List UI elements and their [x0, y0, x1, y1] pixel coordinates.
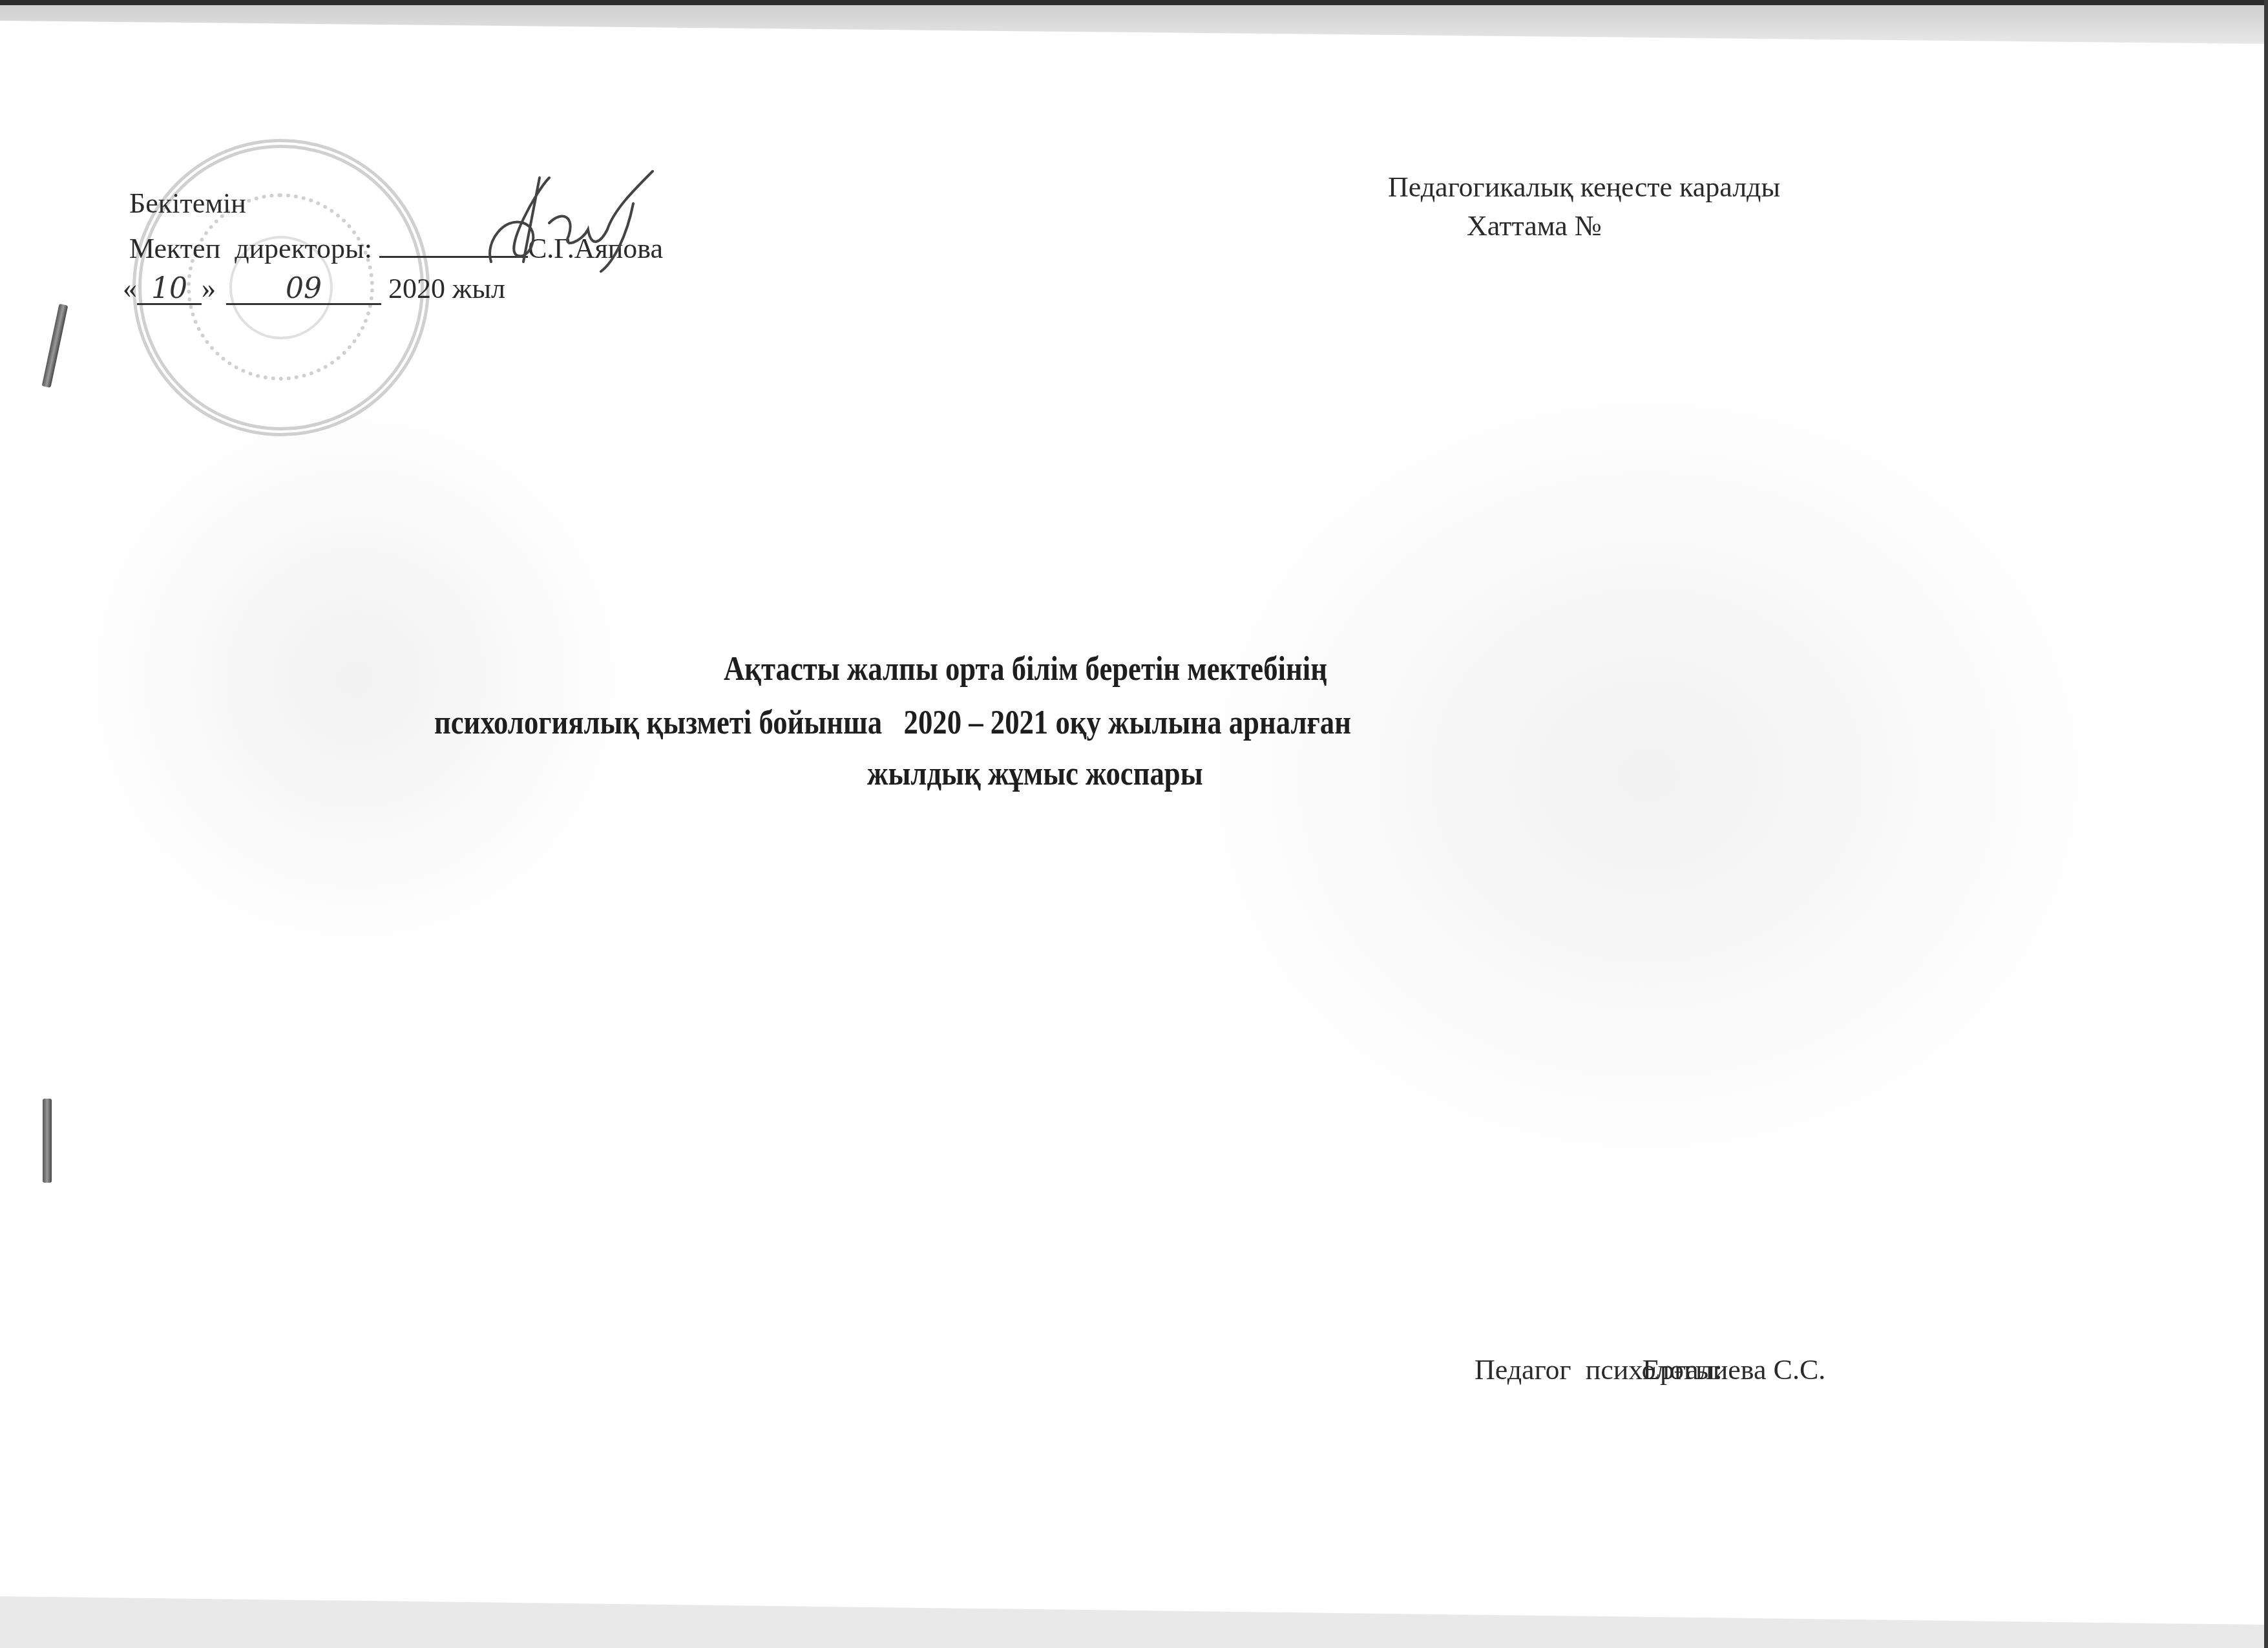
scan-smudge — [1163, 355, 2132, 1196]
scan-smudge — [65, 388, 646, 969]
quote-close: » — [202, 273, 216, 304]
psychologist-name: Ерғалиева С.С. — [1643, 1356, 1825, 1384]
scan-right-border — [2264, 0, 2268, 1648]
date-month: 09 — [226, 275, 381, 305]
scan-top-border — [0, 0, 2268, 5]
scan-top-shadow — [0, 5, 2268, 44]
staple-mark — [43, 1099, 52, 1183]
scan-bottom-shadow — [0, 1596, 2268, 1648]
approval-date: «10»09 2020 жыл — [123, 275, 505, 305]
document-title-line-1: Ақтасты жалпы орта білім беретін мектебі… — [724, 653, 1327, 686]
date-day: 10 — [137, 275, 202, 305]
quote-open: « — [123, 273, 137, 304]
date-year: 2020 жыл — [388, 273, 505, 304]
document-title-line-2: психологиялық қызметі бойынша 2020 – 202… — [434, 706, 1351, 740]
director-label: Мектеп директоры: — [129, 233, 372, 264]
staple-mark — [42, 304, 68, 388]
director-signature — [478, 165, 659, 275]
council-reviewed: Педагогикалық кеңесте каралды — [1388, 173, 1780, 202]
document-title-line-3: жылдық жұмыс жоспары — [867, 757, 1203, 791]
protocol-number: Хаттама № — [1467, 212, 1602, 240]
approval-label: Бекітемін — [129, 189, 246, 218]
